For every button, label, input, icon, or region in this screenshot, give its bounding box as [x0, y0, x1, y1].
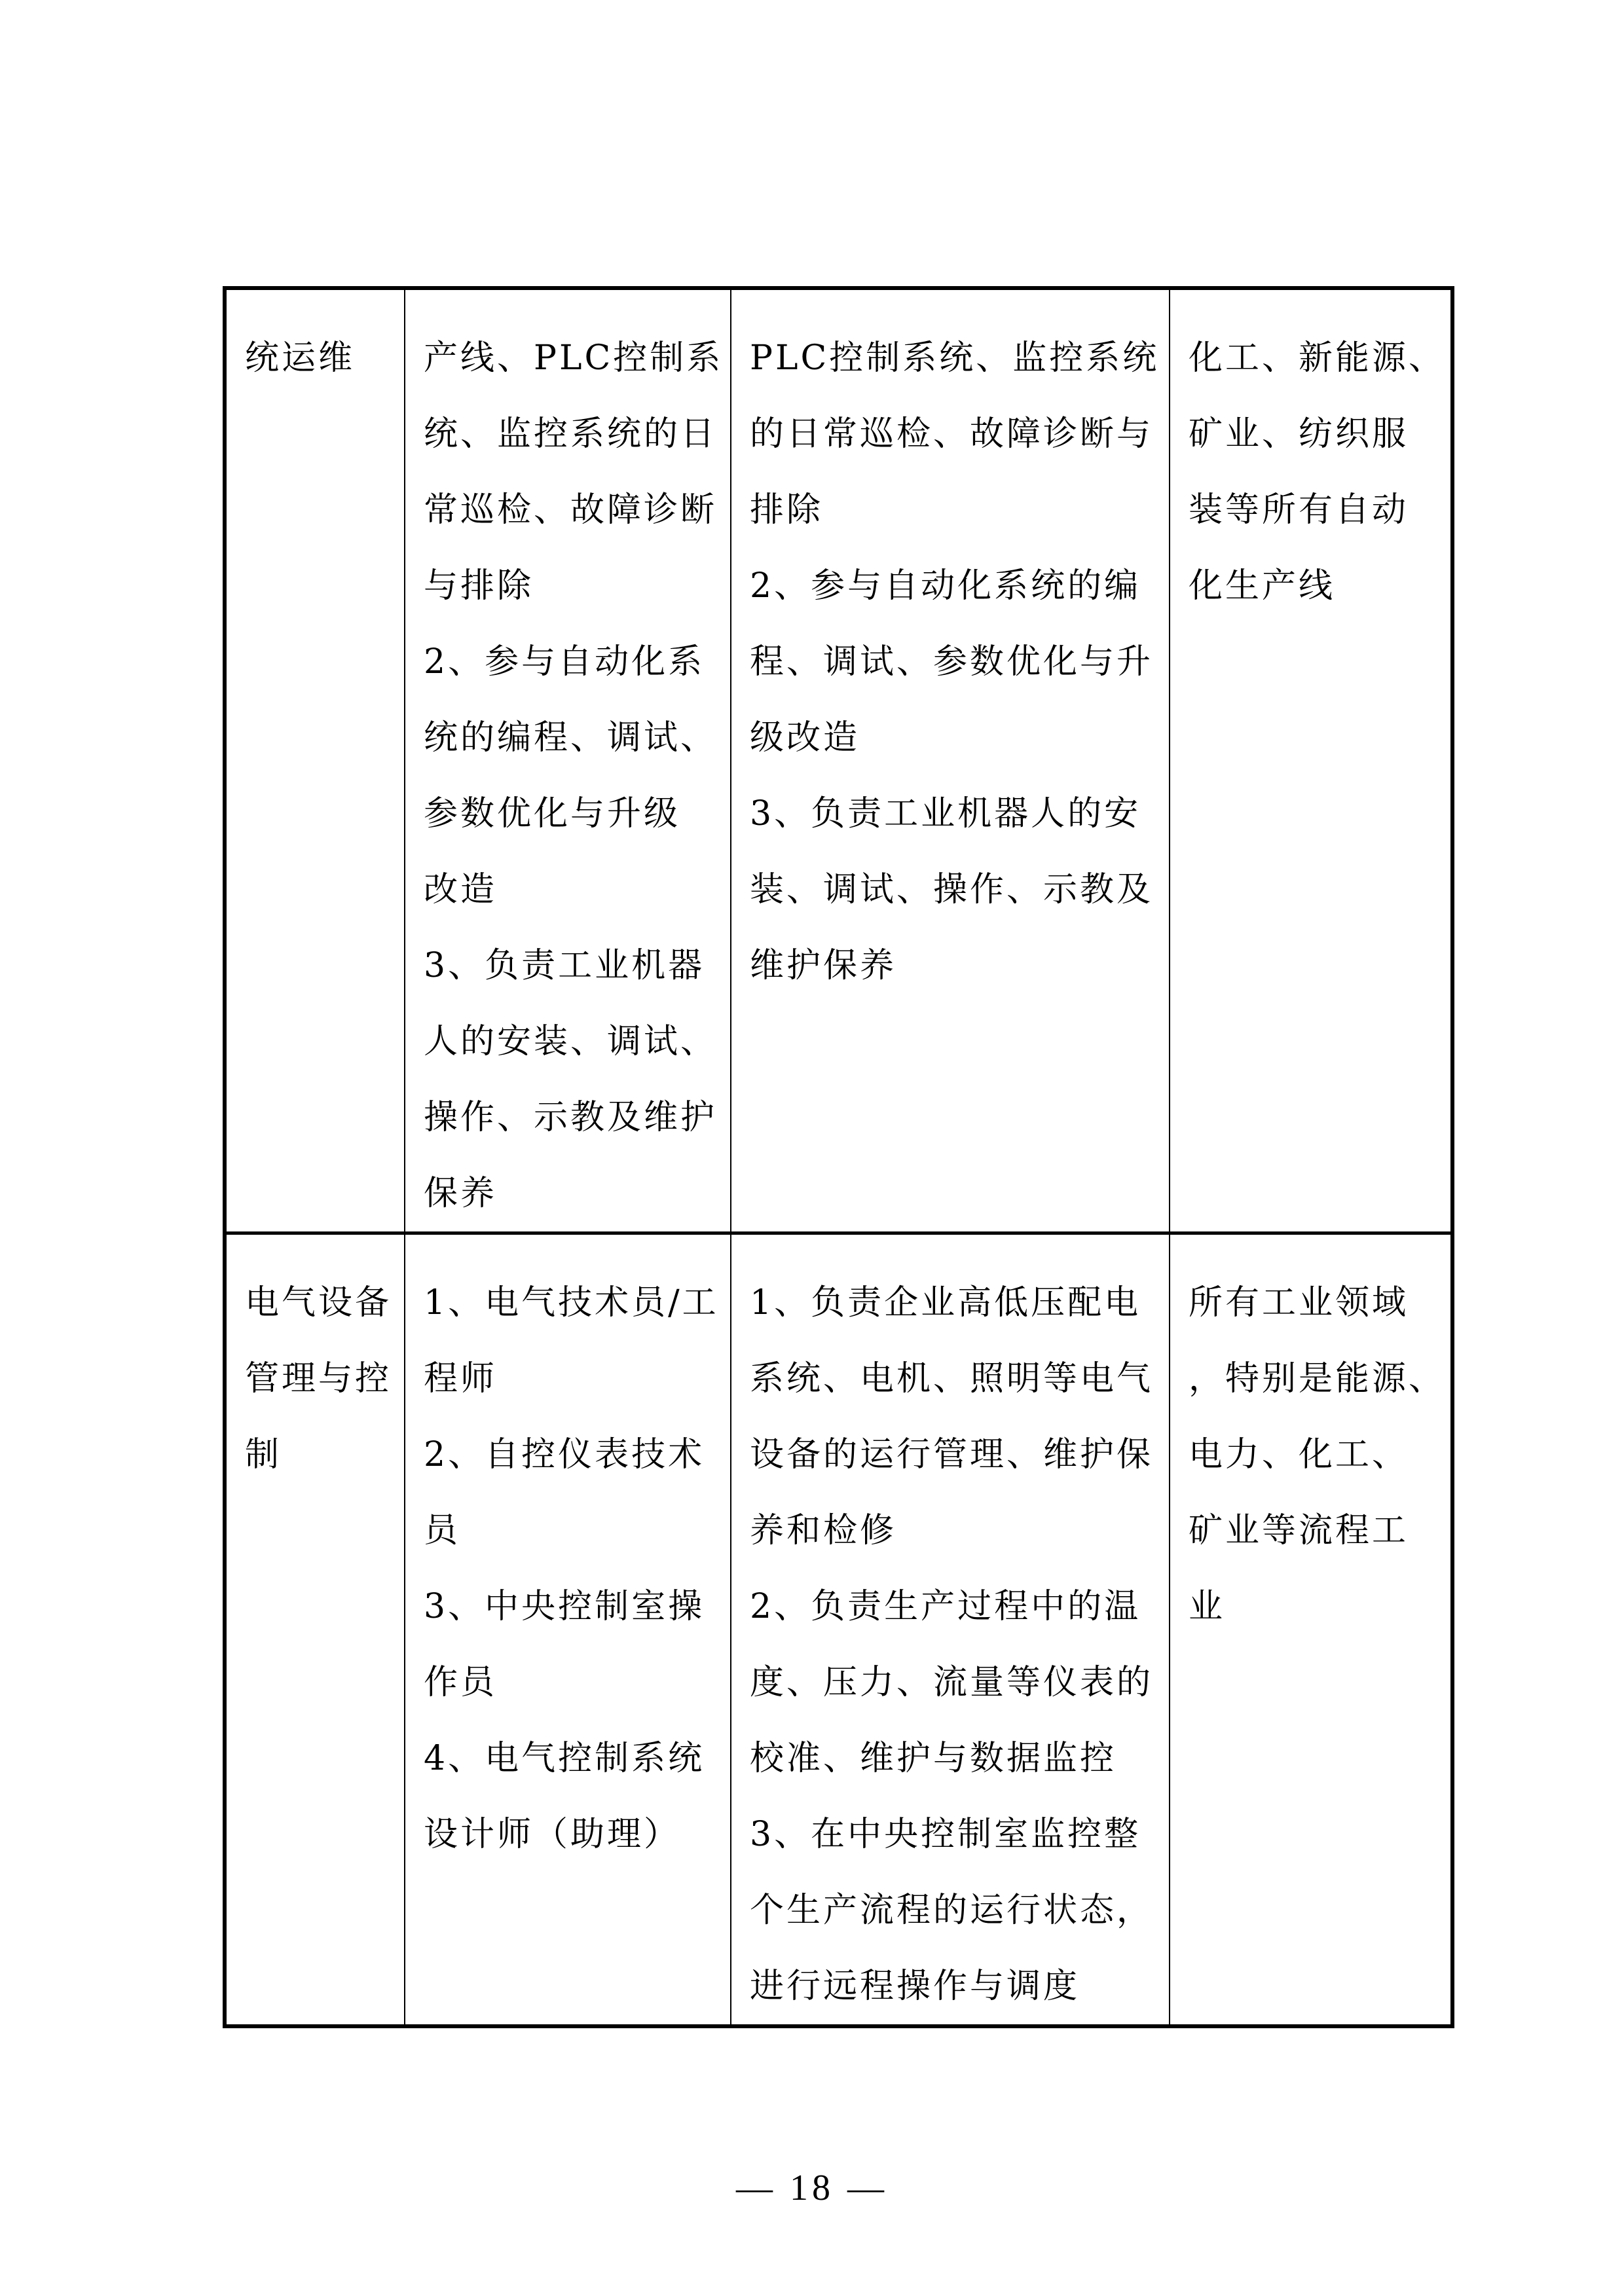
- cell-text-line: 2、参与自动化系统的编: [750, 548, 1157, 624]
- cell-text-line: 程师: [424, 1341, 718, 1417]
- category-cell: 统运维: [225, 288, 405, 1233]
- cell-text-line: 3、中央控制室操: [424, 1569, 718, 1645]
- cell-text-line: 排除: [750, 472, 1157, 548]
- cell-text-line: 养和检修: [750, 1493, 1157, 1569]
- cell-text-line: 操作、示教及维护: [424, 1080, 718, 1156]
- cell-text-line: 3、在中央控制室监控整: [750, 1796, 1157, 1872]
- cell-text-line: 所有工业领域: [1189, 1265, 1439, 1341]
- cell-text-line: 矿业、纺织服: [1189, 396, 1439, 472]
- positions-cell: 1、电气技术员/工程师2、自控仪表技术员3、中央控制室操作员4、电气控制系统设计…: [405, 1233, 731, 2027]
- cell-text-line: 进行远程操作与调度: [750, 1948, 1157, 2024]
- cell-text-line: 统、监控系统的日: [424, 396, 718, 472]
- cell-text-line: 人的安装、调试、: [424, 1004, 718, 1080]
- cell-text-line: 制: [245, 1417, 392, 1493]
- cell-text-line: 化生产线: [1189, 548, 1439, 624]
- page-number: — 18 —: [0, 2167, 1624, 2209]
- cell-text-line: 作员: [424, 1645, 718, 1721]
- cell-text-line: 系统、电机、照明等电气: [750, 1341, 1157, 1417]
- cell-text-line: 与排除: [424, 548, 718, 624]
- cell-text-line: 1、电气技术员/工: [424, 1265, 718, 1341]
- job-table: 统运维 产线、PLC控制系统、监控系统的日常巡检、故障诊断与排除2、参与自动化系…: [223, 286, 1454, 2028]
- cell-text-line: 装、调试、操作、示教及: [750, 852, 1157, 928]
- cell-text-line: 电气设备: [245, 1265, 392, 1341]
- cell-text-line: 管理与控: [245, 1341, 392, 1417]
- cell-text-line: PLC控制系统、监控系统: [750, 320, 1157, 396]
- table-row: 统运维 产线、PLC控制系统、监控系统的日常巡检、故障诊断与排除2、参与自动化系…: [225, 288, 1452, 1233]
- cell-text-line: 3、负责工业机器人的安: [750, 776, 1157, 852]
- cell-text-line: 3、负责工业机器: [424, 928, 718, 1004]
- cell-text-line: 级改造: [750, 700, 1157, 776]
- duties-cell: 1、负责企业高低压配电系统、电机、照明等电气设备的运行管理、维护保养和检修2、负…: [731, 1233, 1170, 2027]
- cell-text-line: 电力、化工、: [1189, 1417, 1439, 1493]
- cell-text-line: 改造: [424, 852, 718, 928]
- cell-text-line: 个生产流程的运行状态，: [750, 1872, 1157, 1948]
- cell-text-line: ，特别是能源、: [1189, 1341, 1439, 1417]
- cell-text-line: 常巡检、故障诊断: [424, 472, 718, 548]
- cell-text-line: 产线、PLC控制系: [424, 320, 718, 396]
- category-cell: 电气设备管理与控制: [225, 1233, 405, 2027]
- cell-text-line: 化工、新能源、: [1189, 320, 1439, 396]
- cell-text-line: 统运维: [245, 320, 392, 396]
- cell-text-line: 的日常巡检、故障诊断与: [750, 396, 1157, 472]
- cell-text-line: 2、参与自动化系: [424, 624, 718, 700]
- cell-text-line: 4、电气控制系统: [424, 1721, 718, 1796]
- cell-text-line: 设计师（助理）: [424, 1796, 718, 1872]
- cell-text-line: 业: [1189, 1569, 1439, 1645]
- cell-text-line: 程、调试、参数优化与升: [750, 624, 1157, 700]
- duties-cell: PLC控制系统、监控系统的日常巡检、故障诊断与排除2、参与自动化系统的编程、调试…: [731, 288, 1170, 1233]
- cell-text-line: 度、压力、流量等仪表的: [750, 1645, 1157, 1721]
- cell-text-line: 保养: [424, 1156, 718, 1231]
- cell-text-line: 矿业等流程工: [1189, 1493, 1439, 1569]
- cell-text-line: 2、自控仪表技术: [424, 1417, 718, 1493]
- industries-cell: 化工、新能源、矿业、纺织服装等所有自动化生产线: [1170, 288, 1452, 1233]
- cell-text-line: 2、负责生产过程中的温: [750, 1569, 1157, 1645]
- cell-text-line: 校准、维护与数据监控: [750, 1721, 1157, 1796]
- positions-cell: 产线、PLC控制系统、监控系统的日常巡检、故障诊断与排除2、参与自动化系统的编程…: [405, 288, 731, 1233]
- cell-text-line: 员: [424, 1493, 718, 1569]
- industries-cell: 所有工业领域，特别是能源、电力、化工、矿业等流程工业: [1170, 1233, 1452, 2027]
- cell-text-line: 1、负责企业高低压配电: [750, 1265, 1157, 1341]
- cell-text-line: 参数优化与升级: [424, 776, 718, 852]
- table-row: 电气设备管理与控制 1、电气技术员/工程师2、自控仪表技术员3、中央控制室操作员…: [225, 1233, 1452, 2027]
- cell-text-line: 装等所有自动: [1189, 472, 1439, 548]
- cell-text-line: 设备的运行管理、维护保: [750, 1417, 1157, 1493]
- cell-text-line: 维护保养: [750, 928, 1157, 1004]
- cell-text-line: 统的编程、调试、: [424, 700, 718, 776]
